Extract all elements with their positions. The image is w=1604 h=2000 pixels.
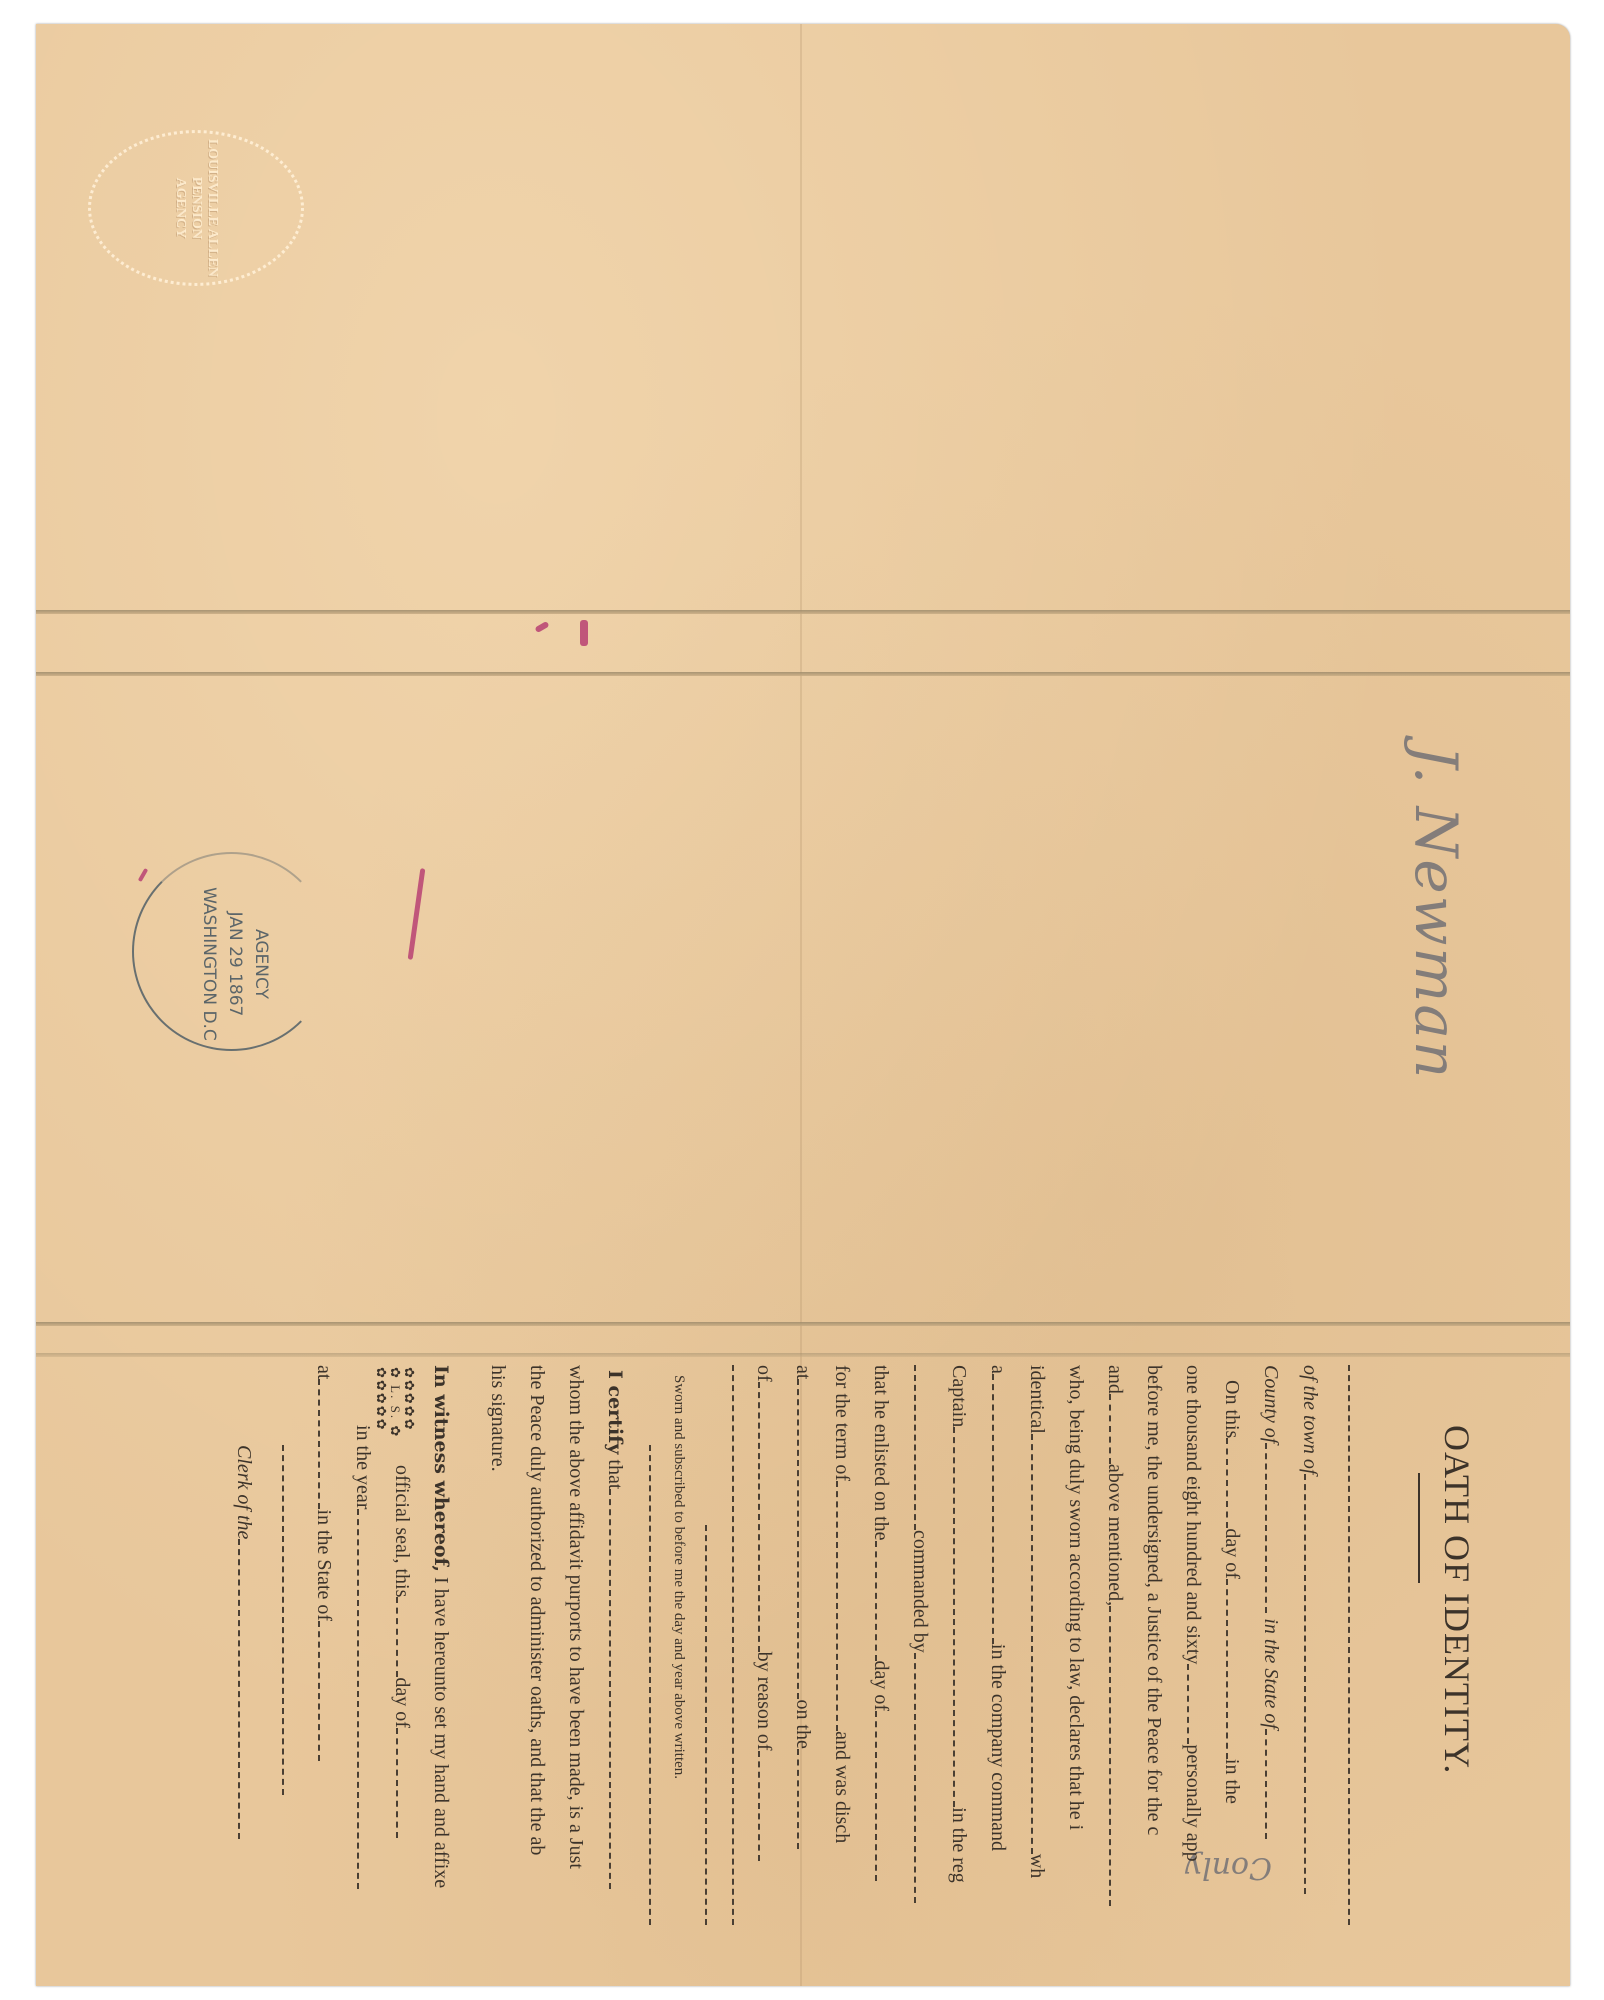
form-line: official seal, thisday of [382, 1365, 421, 1925]
form-line: andabove mentioned, [1095, 1365, 1134, 1925]
form-line: that he enlisted on theday of [861, 1365, 900, 1925]
blank[interactable] [396, 1728, 399, 1838]
form-line: atin the State of [304, 1365, 343, 1925]
postmark-date: JAN 29 1867 [222, 859, 248, 1069]
form-line: one thousand eight hundred and sixtypers… [1173, 1365, 1212, 1925]
blank[interactable] [914, 1365, 917, 1530]
blank[interactable] [396, 1597, 399, 1677]
blank[interactable] [875, 1711, 878, 1881]
blank[interactable] [992, 1374, 995, 1644]
fold-line [36, 1322, 1570, 1326]
blank[interactable] [1304, 1474, 1307, 1894]
witness-line: In witness whereof, I have hereunto set … [421, 1365, 460, 1925]
blank[interactable] [1226, 1579, 1229, 1759]
form-line: aton the [783, 1365, 822, 1925]
blank[interactable] [836, 1481, 839, 1731]
seal-placeholder: ✿✿✿✿✿✿ L. S. ✿✿✿✿✿✿ [374, 1367, 416, 1438]
postmark-city: WASHINGTON D.C [196, 859, 222, 1069]
form-line: who, being duly sworn according to law, … [1056, 1365, 1095, 1925]
blank[interactable] [1109, 1606, 1112, 1906]
blank[interactable] [1265, 1443, 1268, 1613]
blank[interactable] [758, 1751, 761, 1861]
form-line: of the town of [1290, 1365, 1329, 1925]
blank[interactable] [758, 1382, 761, 1652]
form-line: before me, the undersigned, a Justice of… [1134, 1365, 1173, 1925]
seal-text: PENSION [188, 139, 204, 277]
fold-line [36, 672, 1570, 676]
blank[interactable] [1031, 1434, 1034, 1854]
form-line: ain the company command [978, 1365, 1017, 1925]
blank[interactable] [953, 1427, 956, 1807]
form-line: his signature. [478, 1365, 517, 1925]
pencil-signature: J. Newman [1402, 745, 1470, 1080]
form-line: ofby reason of [744, 1365, 783, 1925]
form-line: commanded by [900, 1365, 939, 1925]
blank-line[interactable] [1348, 1365, 1370, 1925]
signature-line[interactable] [705, 1525, 727, 1925]
postmark-top: AGENCY [248, 859, 274, 1069]
blank[interactable] [797, 1749, 800, 1849]
embossed-seal: LOUISVILLE ALLEN PENSION AGENCY [88, 130, 304, 286]
form-line: for the term ofand was disch [822, 1365, 861, 1925]
form-line: On thisday ofin the [1212, 1365, 1251, 1925]
blank[interactable] [609, 1489, 612, 1889]
blank[interactable] [1109, 1394, 1112, 1464]
form-line: in the year [343, 1365, 382, 1925]
blank[interactable] [318, 1621, 321, 1761]
form-line: the Peace duly authorized to administer … [517, 1365, 556, 1925]
fold-line [36, 1353, 1570, 1357]
postmark: AGENCY JAN 29 1867 WASHINGTON D.C [196, 859, 274, 1069]
form-line: Captainin the reg [939, 1365, 978, 1925]
fold-line [36, 610, 1570, 614]
form-line: identicalwh [1017, 1365, 1056, 1925]
blank[interactable] [238, 1539, 241, 1839]
clerk-line: Clerk of the [224, 1365, 263, 1925]
seal-text: AGENCY [172, 139, 188, 277]
blank[interactable] [797, 1379, 800, 1699]
blank[interactable] [1226, 1438, 1229, 1528]
form-line: County of in the State of [1251, 1365, 1290, 1925]
blank[interactable] [357, 1509, 360, 1889]
seal-text: LOUISVILLE ALLEN [204, 139, 220, 277]
blank[interactable] [914, 1653, 917, 1903]
blank[interactable] [318, 1379, 321, 1509]
signature-line[interactable] [282, 1445, 304, 1795]
blank[interactable] [875, 1541, 878, 1661]
certify-line: I certify that [595, 1365, 634, 1925]
blank[interactable] [1265, 1729, 1268, 1839]
form-title: OATH OF IDENTITY. [1437, 1425, 1476, 1774]
oath-of-identity-form: OATH OF IDENTITY. of the town of County … [70, 1365, 1490, 1955]
ink-mark [580, 620, 588, 646]
blank[interactable] [1187, 1664, 1190, 1744]
form-line: whom the above affidavit purports to hav… [556, 1365, 595, 1925]
title-rule [1418, 1473, 1420, 1583]
